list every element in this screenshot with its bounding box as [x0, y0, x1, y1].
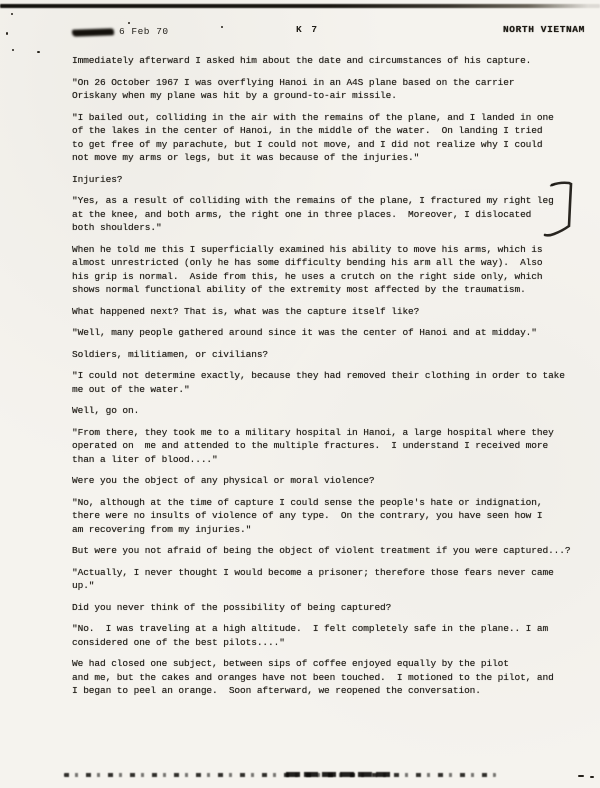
ink-speck	[128, 22, 130, 24]
paragraph: "No. I was traveling at a high altitude.…	[72, 622, 577, 649]
date-stamp: 6 Feb 70	[72, 26, 169, 37]
paragraph: "Actually, I never thought I would becom…	[72, 566, 577, 593]
paragraph: Immediately afterward I asked him about …	[72, 54, 577, 68]
paragraph: Soldiers, militiamen, or civilians?	[72, 348, 577, 362]
paragraph: "From there, they took me to a military …	[72, 426, 577, 467]
paragraph: "On 26 October 1967 I was overflying Han…	[72, 76, 577, 103]
scan-noise-bottom-line	[64, 773, 496, 777]
scanned-document-page: 6 Feb 70 K 7 NORTH VIETNAM Immediately a…	[0, 0, 600, 788]
paragraph: "Well, many people gathered around since…	[72, 326, 577, 340]
region-label: NORTH VIETNAM	[503, 24, 585, 35]
page-number: K 7	[296, 24, 319, 35]
document-header: 6 Feb 70 K 7 NORTH VIETNAM	[0, 24, 600, 40]
paragraph: Well, go on.	[72, 404, 577, 418]
paragraph: But were you not afraid of being the obj…	[72, 544, 577, 558]
handwritten-margin-bracket	[538, 176, 594, 242]
paragraph: "I bailed out, colliding in the air with…	[72, 111, 577, 165]
section-heading-injuries: Injuries?	[72, 173, 577, 187]
ink-speck	[11, 13, 13, 15]
paragraph: "I could not determine exactly, because …	[72, 369, 577, 396]
scan-artifact-top-line	[0, 4, 600, 8]
paragraph: Did you never think of the possibility o…	[72, 601, 577, 615]
paragraph: When he told me this I superficially exa…	[72, 243, 577, 297]
paragraph: "No, although at the time of capture I c…	[72, 496, 577, 537]
ink-speck	[12, 49, 14, 51]
ink-smudge	[72, 28, 114, 36]
paragraph: Were you the object of any physical or m…	[72, 474, 577, 488]
ink-speck	[6, 32, 8, 35]
document-body: Immediately afterward I asked him about …	[72, 54, 577, 706]
scan-noise-bottom-dense	[286, 772, 390, 777]
ink-speck	[590, 776, 594, 778]
paragraph: What happened next? That is, what was th…	[72, 305, 577, 319]
paragraph: We had closed one subject, between sips …	[72, 657, 577, 698]
ink-speck	[578, 775, 584, 777]
ink-speck	[221, 26, 223, 28]
date-stamp-text: 6 Feb 70	[119, 26, 169, 37]
paragraph: "Yes, as a result of colliding with the …	[72, 194, 577, 235]
ink-speck	[37, 51, 40, 53]
